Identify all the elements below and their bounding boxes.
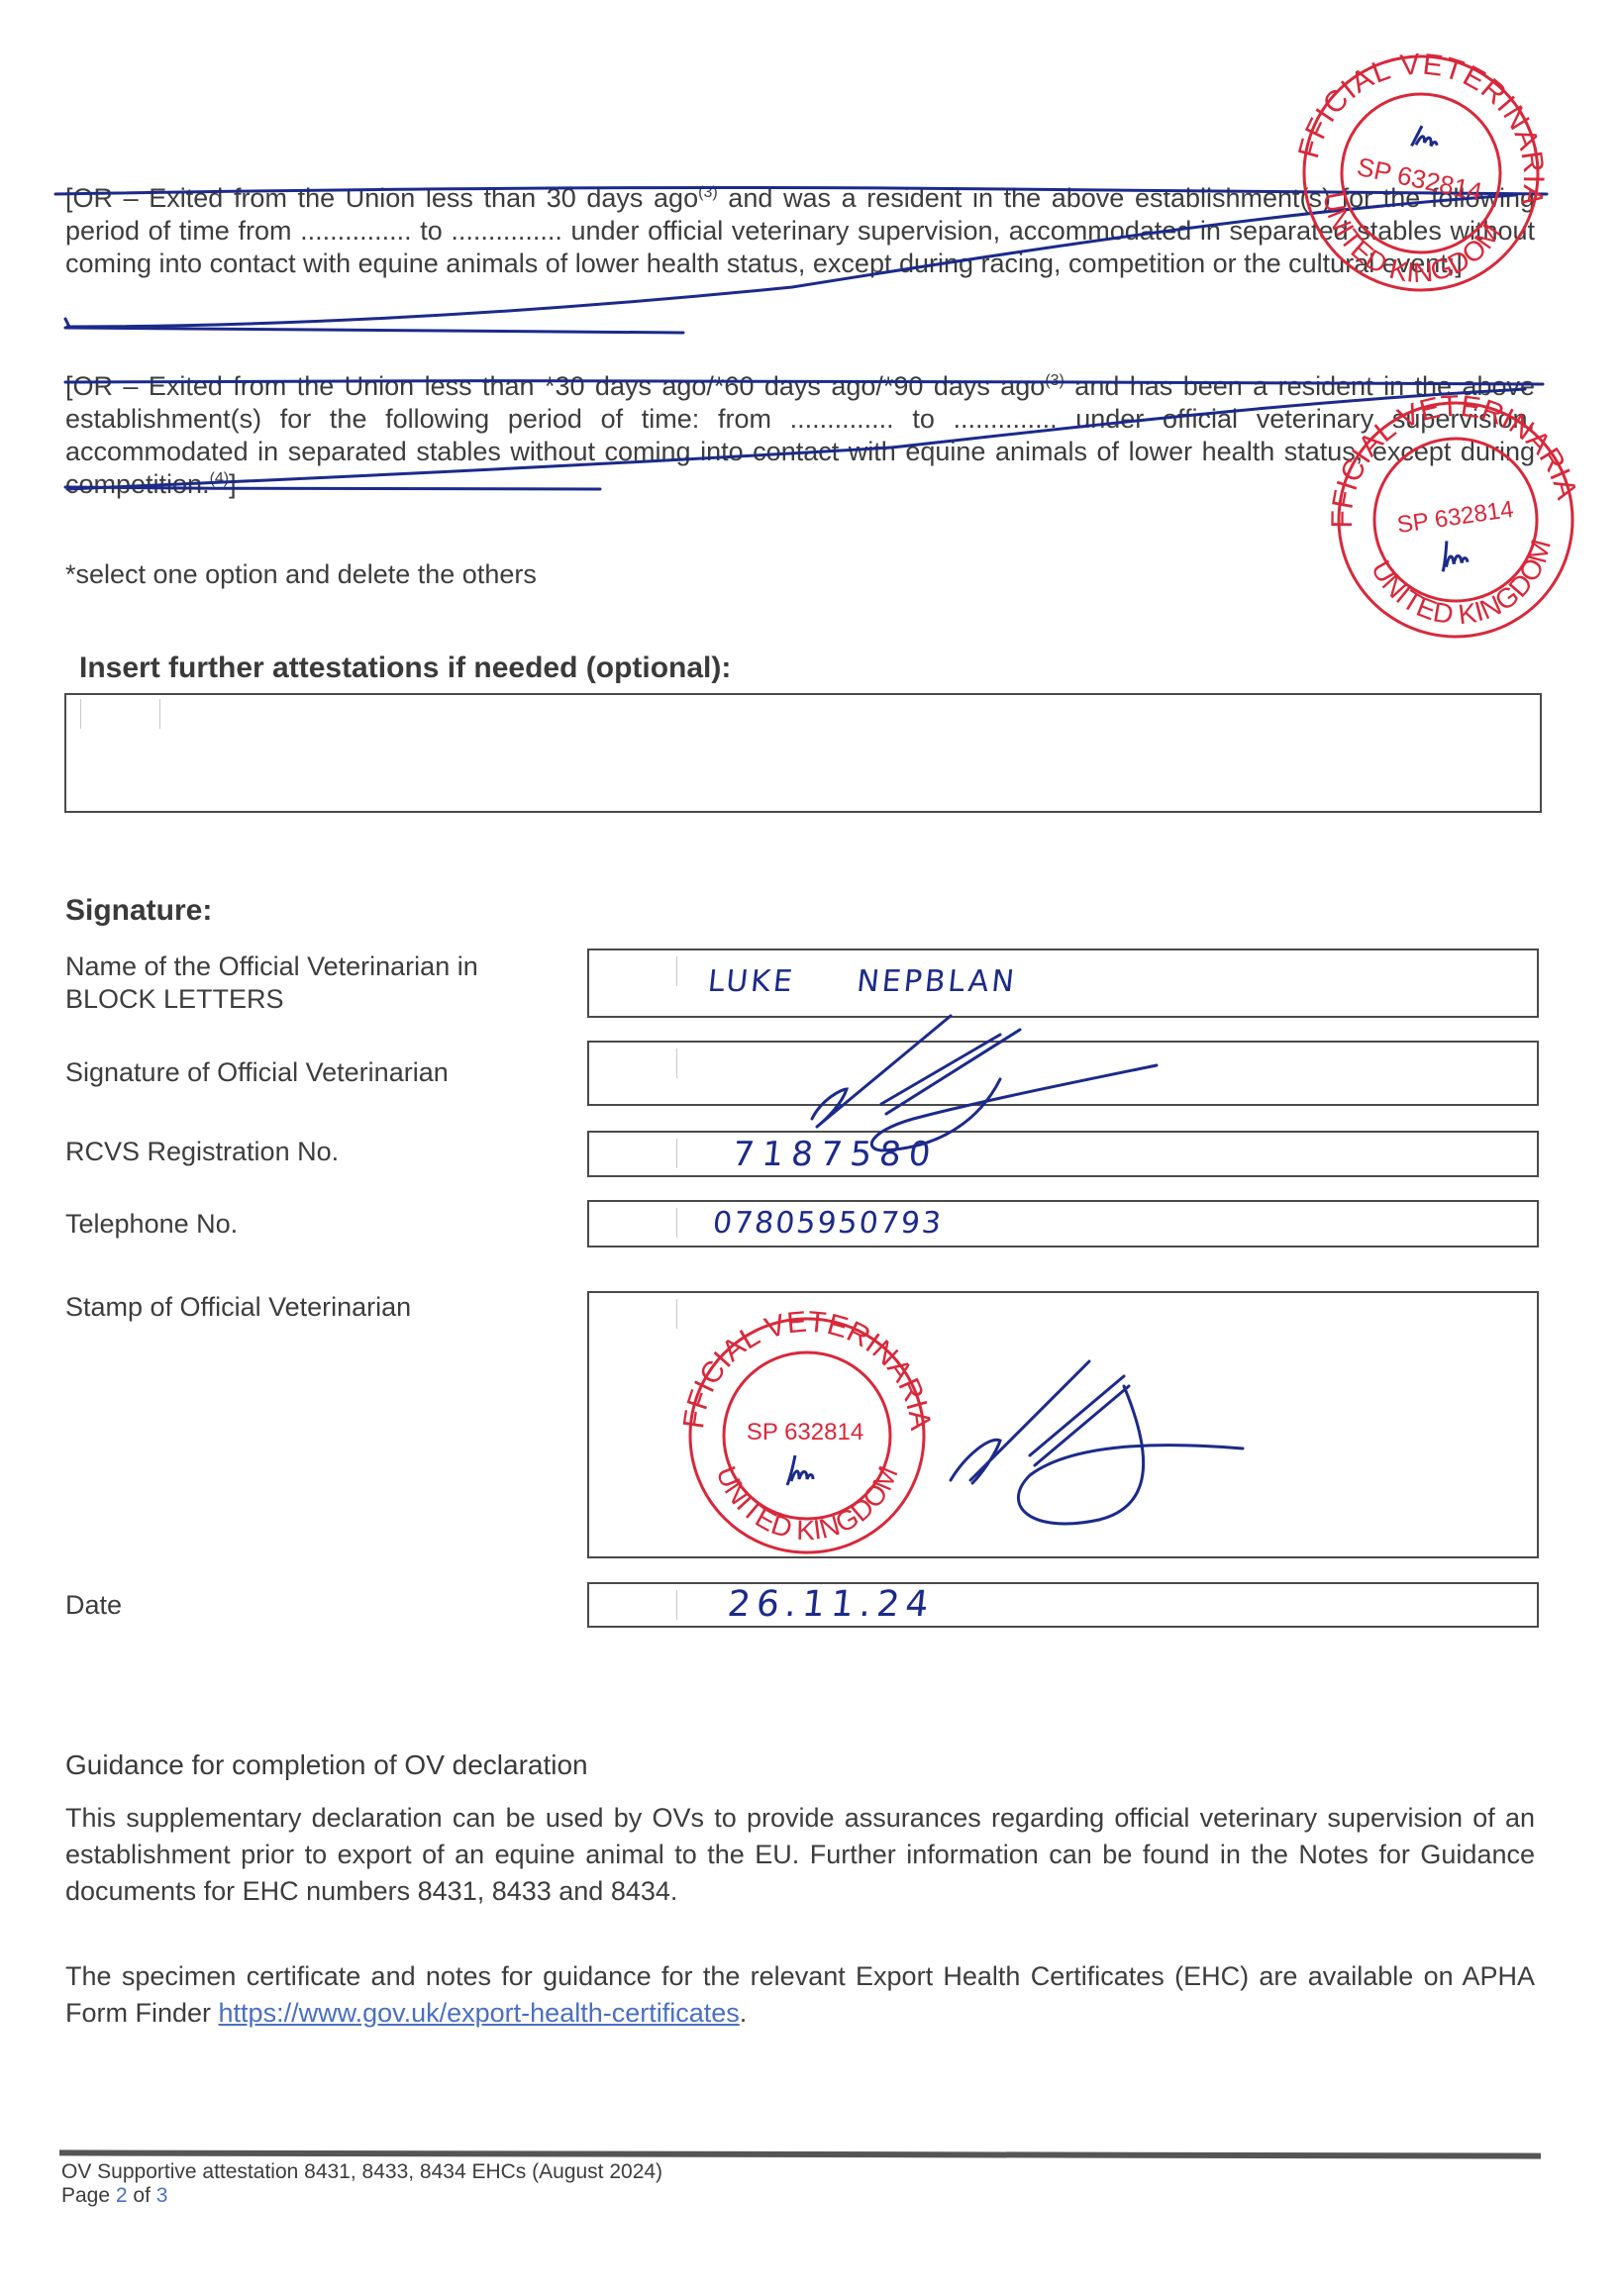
official-stamp-box: OFFICIAL VETERINARIAN UNITED KINGDOM SP … xyxy=(678,1307,936,1564)
export-health-certificates-link[interactable]: https://www.gov.uk/export-health-certifi… xyxy=(219,1998,740,2028)
option-a-text-1: [OR – Exited from the Union less than 30… xyxy=(65,183,698,213)
rcvs-value: 7187580 xyxy=(731,1135,941,1174)
official-stamp-top: OFFICIAL VETERINARIAN UNITED KINGDOM SP … xyxy=(1287,40,1555,297)
attestation-option-b: [OR – Exited from the Union less than *3… xyxy=(65,370,1535,501)
telephone-label: Telephone No. xyxy=(65,1208,238,1241)
rcvs-field[interactable]: 7187580 xyxy=(587,1131,1539,1177)
page-indicator: Page 2 of 3 xyxy=(61,2184,167,2208)
footnote-ref: (3) xyxy=(698,184,718,201)
svg-text:UNITED KINGDOM: UNITED KINGDOM xyxy=(1364,532,1567,642)
option-b-text-1: [OR – Exited from the Union less than *3… xyxy=(65,371,1045,401)
footnote-ref: (3) xyxy=(1045,372,1064,389)
official-stamp-middle: OFFICIAL VETERINARIAN UNITED KINGDOM SP … xyxy=(1327,391,1584,649)
further-attestations-heading: Insert further attestations if needed (o… xyxy=(79,651,731,685)
name-field[interactable]: LUKE NEPBLAN xyxy=(587,948,1539,1018)
telephone-value: 07805950793 xyxy=(711,1206,945,1241)
svg-text:OFFICIAL VETERINARIAN: OFFICIAL VETERINARIAN xyxy=(678,1307,936,1433)
stamp-label: Stamp of Official Veterinarian xyxy=(65,1291,411,1324)
signature-field[interactable] xyxy=(587,1041,1539,1106)
footnote-ref: (4) xyxy=(210,470,230,487)
page-current: 2 xyxy=(116,2184,128,2207)
signature-heading: Signature: xyxy=(65,894,212,928)
date-value: 26.11.24 xyxy=(726,1584,937,1625)
specimen-paragraph: The specimen certificate and notes for g… xyxy=(65,1958,1535,2032)
page-total: 3 xyxy=(156,2184,168,2207)
period: . xyxy=(740,1998,748,2028)
svg-text:SP 632814: SP 632814 xyxy=(1355,151,1485,207)
page-word: Page xyxy=(61,2184,116,2207)
option-b-text-3: ] xyxy=(229,469,237,499)
date-label: Date xyxy=(65,1589,122,1622)
name-value: LUKE NEPBLAN xyxy=(706,964,1018,999)
name-label: Name of the Official Veterinarian in BLO… xyxy=(65,950,531,1016)
further-attestations-field[interactable] xyxy=(64,693,1542,813)
telephone-field[interactable]: 07805950793 xyxy=(587,1200,1539,1248)
footer-title: OV Supportive attestation 8431, 8433, 84… xyxy=(61,2160,662,2184)
svg-text:SP 632814: SP 632814 xyxy=(1395,496,1515,539)
page-of: of xyxy=(128,2184,156,2207)
date-field[interactable]: 26.11.24 xyxy=(587,1582,1539,1628)
guidance-paragraph: This supplementary declaration can be us… xyxy=(65,1800,1535,1910)
select-one-note: *select one option and delete the others xyxy=(65,558,537,591)
guidance-heading: Guidance for completion of OV declaratio… xyxy=(65,1749,588,1781)
svg-text:SP 632814: SP 632814 xyxy=(747,1419,863,1446)
footer-divider xyxy=(59,2149,1541,2158)
rcvs-label: RCVS Registration No. xyxy=(65,1136,339,1168)
signature-label: Signature of Official Veterinarian xyxy=(65,1056,449,1089)
